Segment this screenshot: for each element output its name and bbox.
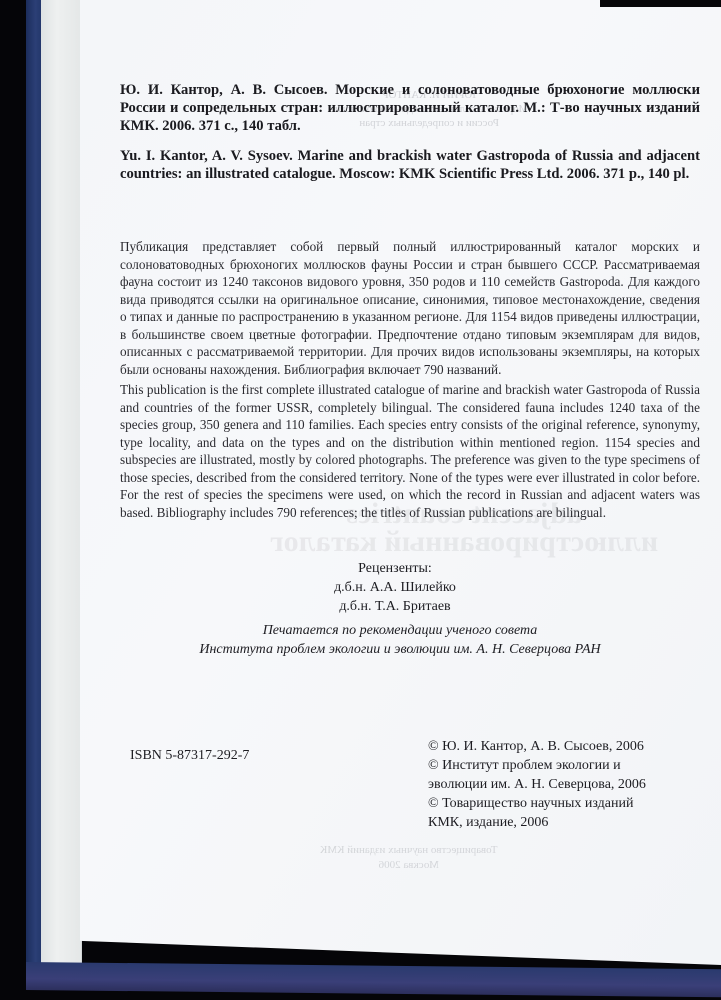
book-cover-left-edge [26,0,42,990]
isbn: ISBN 5-87317-292-7 [130,746,249,765]
copyright-line: © Ю. И. Кантор, А. В. Сысоев, 2006 [428,737,708,756]
reviewer-name: д.б.н. А.А. Шилейко [200,578,590,597]
book-cover-bottom-edge [26,962,721,997]
bibliographic-entry-en: Yu. I. Kantor, A. V. Sysoev. Marine and … [120,147,700,183]
recommendation-line: Печатается по рекомендации ученого совет… [130,621,670,640]
copyright-block: © Ю. И. Кантор, А. В. Сысоев, 2006 © Инс… [428,737,708,832]
publication-recommendation: Печатается по рекомендации ученого совет… [130,621,670,659]
flyleaf-edge [41,0,82,968]
reviewer-name: д.б.н. Т.А. Бритаев [200,597,590,616]
copyright-line: эволюции им. А. Н. Северцова, 2006 [428,775,708,794]
copyright-line: КМК, издание, 2006 [428,813,708,832]
scanned-book-spread: ЮРИЙ И. КАНТОР Морские и солоноватоводны… [0,0,721,1000]
copyright-line: © Товарищество научных изданий [428,794,708,813]
abstract-ru: Публикация представляет собой первый пол… [120,238,700,378]
scan-border [600,0,721,7]
bibliographic-entry-ru: Ю. И. Кантор, А. В. Сысоев. Морские и со… [120,81,700,135]
copyright-line: © Институт проблем экологии и [428,756,708,775]
reviewers-block: Рецензенты: д.б.н. А.А. Шилейко д.б.н. Т… [200,559,590,616]
abstract-en: This publication is the first complete i… [120,381,700,521]
reviewers-heading: Рецензенты: [200,559,590,578]
recommendation-line: Института проблем экологии и эволюции им… [130,640,670,659]
